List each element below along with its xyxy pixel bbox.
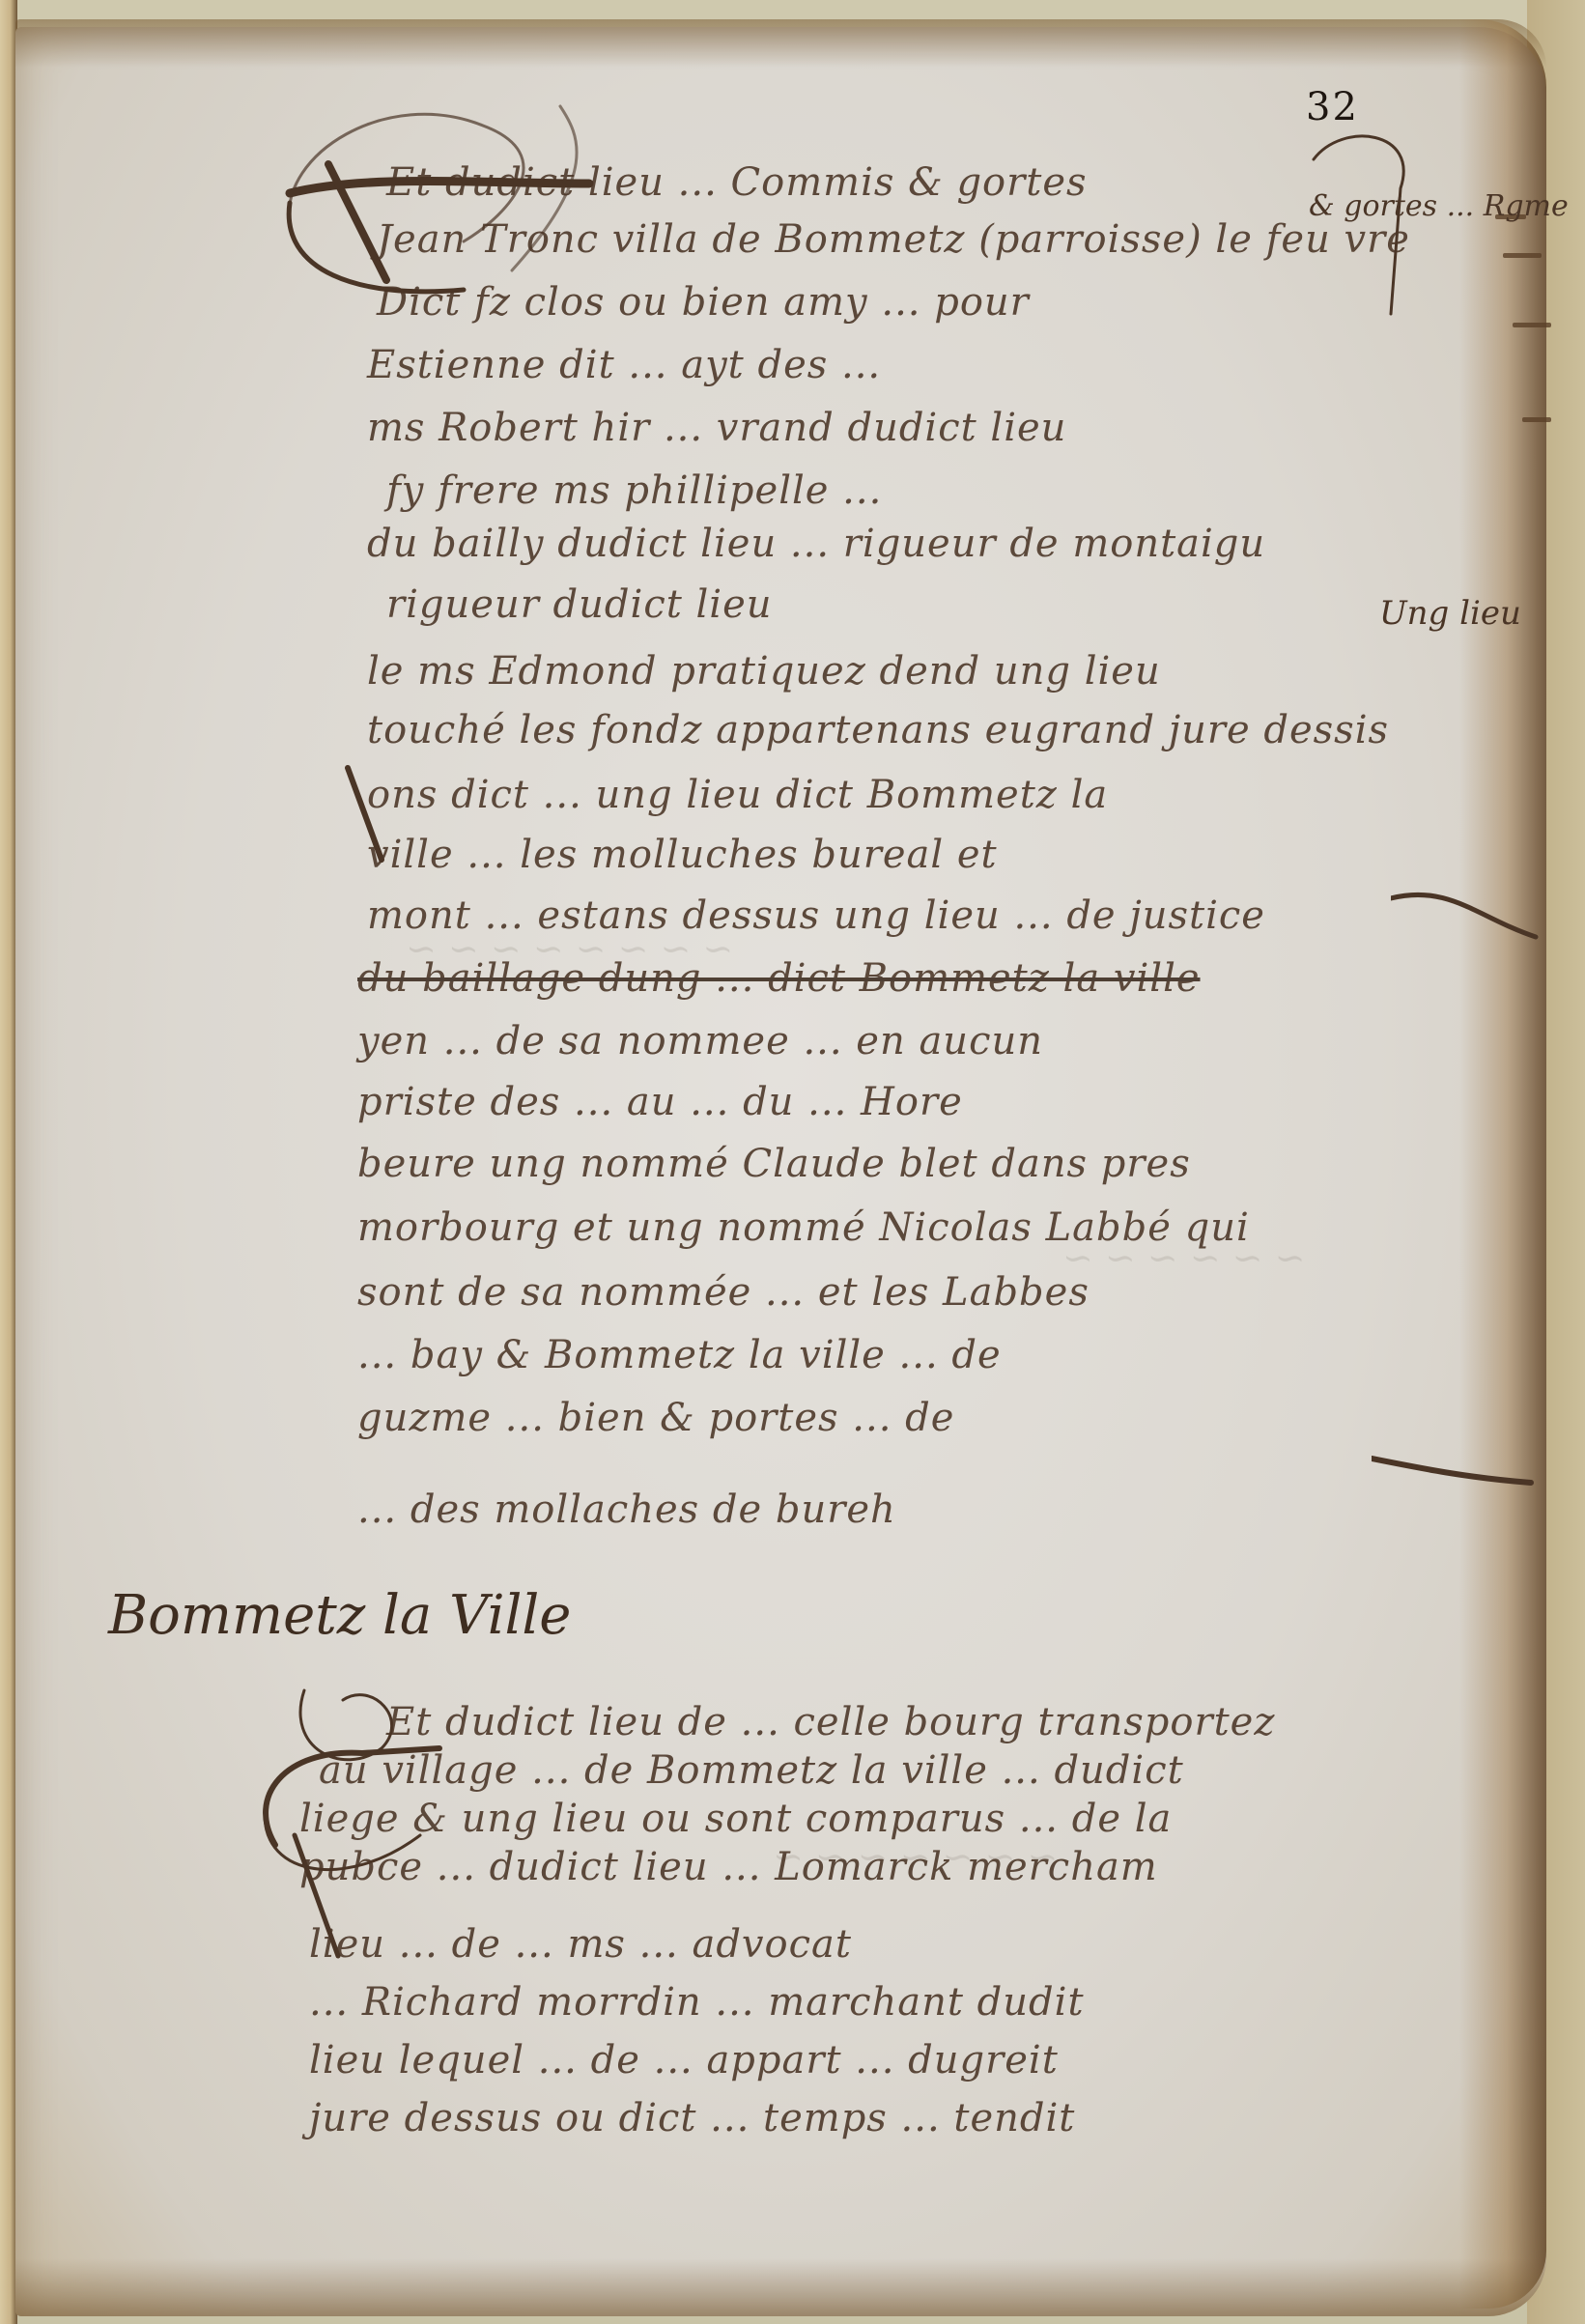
- manuscript-line: fy frere ms phillipelle ...: [386, 468, 882, 513]
- manuscript-line: priste des ... au ... du ... Hore: [357, 1080, 963, 1124]
- stained-right-edge: [1459, 19, 1546, 2309]
- photo-stage: ~ ~ ~ ~ ~ ~ ~ ~ ~ ~ ~ ~ ~ ~ ~ ~ ~ ~ ~ ~ …: [0, 0, 1585, 2324]
- manuscript-line: ... des mollaches de bureh: [357, 1488, 896, 1532]
- manuscript-line: Dict fz clos ou bien amy ... pour: [377, 280, 1030, 325]
- manuscript-line: rigueur dudict lieu: [386, 582, 773, 627]
- manuscript-line: du bailly dudict lieu ... rigueur de mon…: [367, 522, 1265, 566]
- manuscript-line: ... bay & Bommetz la ville ... de: [357, 1333, 1002, 1377]
- manuscript-line: lieu ... de ... ms ... advocat: [309, 1922, 852, 1967]
- manuscript-line: ville ... les molluches bureal et: [367, 833, 998, 877]
- manuscript-line: Et dudict lieu de ... celle bourg transp…: [386, 1700, 1275, 1744]
- manuscript-line: au village ... de Bommetz la ville ... d…: [319, 1748, 1184, 1793]
- manuscript-line: ... Richard morrdin ... marchant dudit: [309, 1980, 1085, 2025]
- manuscript-line: Et dudict lieu ... Commis & gortes: [386, 160, 1088, 205]
- underlying-ink-tick: [1522, 417, 1551, 422]
- manuscript-line: ms Robert hir ... vrand dudict lieu: [367, 406, 1066, 450]
- margin-note: Ung lieu: [1379, 594, 1521, 633]
- stained-bottom-edge: [15, 2258, 1546, 2316]
- manuscript-line-struck: du baillage dung ... dict Bommetz la vil…: [357, 956, 1201, 1001]
- manuscript-line: ons dict ... ung lieu dict Bommetz la: [367, 773, 1108, 817]
- underlying-ink-tick: [1503, 253, 1542, 258]
- margin-heading: Bommetz la Ville: [108, 1584, 571, 1647]
- folio-number: 32: [1306, 85, 1359, 129]
- manuscript-line: sont de sa nommée ... et les Labbes: [357, 1270, 1090, 1315]
- manuscript-line: beure ung nommé Claude blet dans pres: [357, 1142, 1191, 1186]
- manuscript-line: le ms Edmond pratiquez dend ung lieu: [367, 649, 1161, 694]
- manuscript-line: morbourg et ung nommé Nicolas Labbé qui: [357, 1205, 1250, 1250]
- manuscript-line: lieu lequel ... de ... appart ... dugrei…: [309, 2038, 1059, 2083]
- stained-top-edge: [15, 19, 1546, 68]
- manuscript-line: Estienne dit ... ayt des ...: [367, 343, 881, 387]
- manuscript-line: touché les fondz appartenans eugrand jur…: [367, 708, 1389, 752]
- manuscript-line: Jean Tronc villa de Bommetz (parroisse) …: [377, 217, 1410, 262]
- manuscript-line: guzme ... bien & portes ... de: [357, 1396, 954, 1440]
- manuscript-line: liege & ung lieu ou sont comparus ... de…: [299, 1797, 1172, 1841]
- manuscript-line: pubce ... dudict lieu ... Lomarck mercha…: [299, 1845, 1158, 1889]
- manuscript-line: yen ... de sa nommee ... en aucun: [357, 1019, 1043, 1063]
- underlying-ink-tick: [1513, 323, 1551, 327]
- manuscript-line: mont ... estans dessus ung lieu ... de j…: [367, 893, 1265, 938]
- manuscript-line: jure dessus ou dict ... temps ... tendit: [309, 2096, 1075, 2140]
